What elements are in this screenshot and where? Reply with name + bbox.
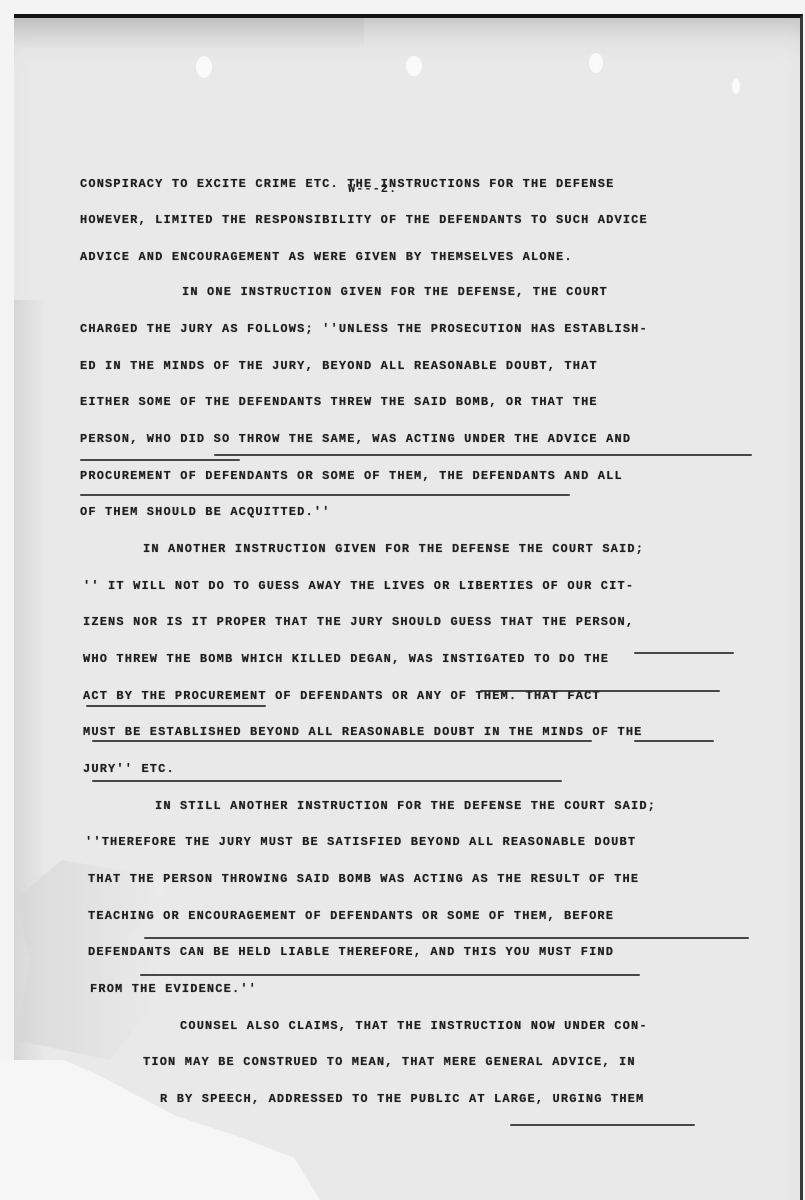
pencil-underline [80,494,570,496]
text-line: MUST BE ESTABLISHED BEYOND ALL REASONABL… [83,725,643,739]
pencil-underline [634,652,734,654]
text-line: DEFENDANTS CAN BE HELD LIABLE THEREFORE,… [88,945,614,959]
paper-hole [589,53,603,73]
paper-hole [196,56,212,78]
text-line: CONSPIRACY TO EXCITE CRIME ETC. THE INST… [80,177,614,191]
text-line: ''THEREFORE THE JURY MUST BE SATISFIED B… [85,835,636,849]
pencil-underline [214,454,752,456]
text-line: IN ANOTHER INSTRUCTION GIVEN FOR THE DEF… [143,542,644,556]
text-line: ADVICE AND ENCOURAGEMENT AS WERE GIVEN B… [80,250,573,264]
text-line: IN ONE INSTRUCTION GIVEN FOR THE DEFENSE… [182,285,608,299]
pencil-underline [80,459,240,461]
text-line: TION MAY BE CONSTRUED TO MEAN, THAT MERE… [143,1055,636,1069]
pencil-underline [634,740,714,742]
paper-stain [14,18,364,48]
paper-hole [732,78,740,94]
pencil-underline [92,780,562,782]
paper-hole [406,56,422,76]
pencil-underline [86,705,266,707]
text-line: IZENS NOR IS IT PROPER THAT THE JURY SHO… [83,615,634,629]
text-line: OF THEM SHOULD BE ACQUITTED.'' [80,505,331,519]
text-line: EITHER SOME OF THE DEFENDANTS THREW THE … [80,395,598,409]
pencil-underline [92,740,592,742]
text-line: WHO THREW THE BOMB WHICH KILLED DEGAN, W… [83,652,609,666]
pencil-underline [144,937,749,939]
text-line: JURY'' ETC. [83,762,175,776]
text-line: FROM THE EVIDENCE.'' [90,982,257,996]
text-line: THAT THE PERSON THROWING SAID BOMB WAS A… [88,872,639,886]
text-line: '' IT WILL NOT DO TO GUESS AWAY THE LIVE… [83,579,634,593]
text-line: TEACHING OR ENCOURAGEMENT OF DEFENDANTS … [88,909,614,923]
pencil-underline [140,974,640,976]
pencil-underline [480,690,720,692]
text-line: R BY SPEECH, ADDRESSED TO THE PUBLIC AT … [160,1092,644,1106]
text-line: CHARGED THE JURY AS FOLLOWS; ''UNLESS TH… [80,322,648,336]
pencil-underline [510,1124,695,1126]
text-line: PROCUREMENT OF DEFENDANTS OR SOME OF THE… [80,469,623,483]
text-line: HOWEVER, LIMITED THE RESPONSIBILITY OF T… [80,213,648,227]
text-line: COUNSEL ALSO CLAIMS, THAT THE INSTRUCTIO… [180,1019,648,1033]
text-line: PERSON, WHO DID SO THROW THE SAME, WAS A… [80,432,631,446]
text-line: IN STILL ANOTHER INSTRUCTION FOR THE DEF… [155,799,656,813]
text-line: ED IN THE MINDS OF THE JURY, BEYOND ALL … [80,359,598,373]
